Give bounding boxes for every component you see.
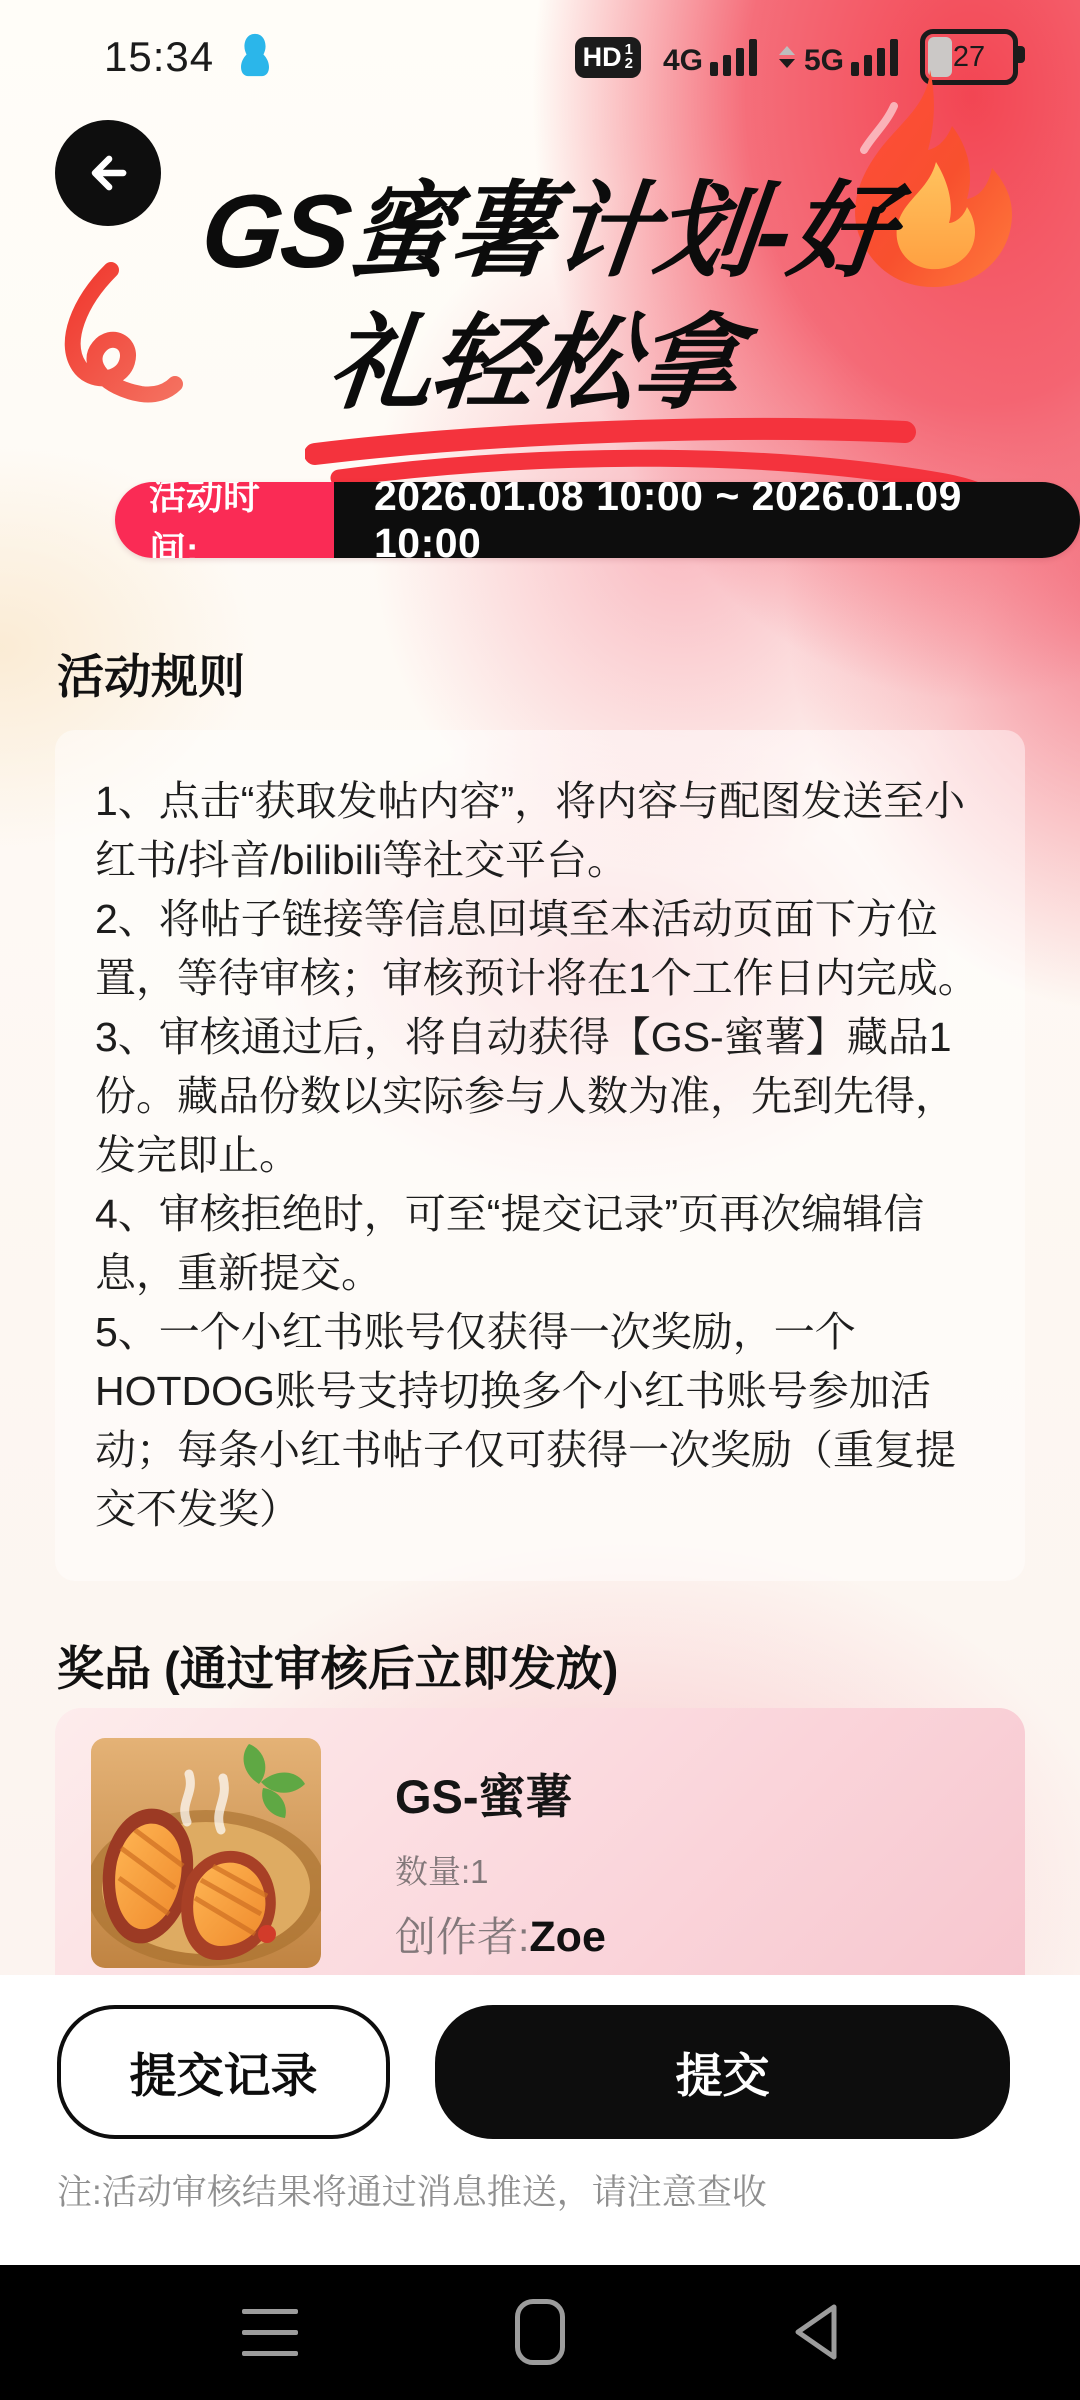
page-title-line2: 礼轻松拿 [0, 298, 1080, 430]
prize-image-sweet-potato [91, 1738, 321, 1968]
rule-item-4: 4、审核拒绝时，可至“提交记录”页再次编辑信息，重新提交。 [95, 1185, 985, 1303]
page-title-line1: GS蜜薯计划-好 [0, 166, 1080, 298]
footer-panel: 提交记录 提交 注:活动审核结果将通过消息推送，请注意查收 [0, 1975, 1080, 2265]
rule-item-1: 1、点击“获取发帖内容”，将内容与配图发送至小红书/抖音/bilibili等社交… [95, 772, 985, 890]
rules-heading: 活动规则 [57, 640, 245, 707]
prize-quantity: 数量:1 [395, 1846, 489, 1893]
hd-voice-icon: HD 12 [575, 37, 641, 78]
prize-name: GS-蜜薯 [395, 1760, 573, 1827]
data-arrows-icon [779, 46, 795, 68]
prize-heading: 奖品 (通过审核后立即发放) [57, 1632, 618, 1699]
clock-time: 15:34 [104, 33, 214, 81]
submission-history-button[interactable]: 提交记录 [57, 2005, 390, 2139]
rule-item-3: 3、审核通过后，将自动获得【GS-蜜薯】藏品1份。藏品份数以实际参与人数为准，先… [95, 1008, 985, 1185]
footer-note: 注:活动审核结果将通过消息推送，请注意查收 [57, 2165, 767, 2215]
prize-creator-label: 创作者: [395, 1914, 529, 1960]
prize-creator-name: Zoe [529, 1913, 605, 1961]
activity-time-range: 2026.01.08 10:00 ~ 2026.01.09 10:00 [334, 482, 1080, 558]
home-icon[interactable] [515, 2299, 565, 2365]
submit-button[interactable]: 提交 [435, 2005, 1010, 2139]
activity-time-label: 活动时间: [115, 482, 334, 558]
page-title: GS蜜薯计划-好 礼轻松拿 [0, 166, 1080, 430]
prize-creator: 创作者:Zoe [395, 1904, 606, 1963]
back-arrow-icon [82, 147, 134, 199]
rule-item-2: 2、将帖子链接等信息回填至本活动页面下方位置，等待审核；审核预计将在1个工作日内… [95, 890, 985, 1008]
rules-box: 1、点击“获取发帖内容”，将内容与配图发送至小红书/抖音/bilibili等社交… [55, 730, 1025, 1581]
signal-4g-icon: 4G [663, 38, 757, 76]
back-button[interactable] [55, 120, 161, 226]
activity-time-pill: 活动时间: 2026.01.08 10:00 ~ 2026.01.09 10:0… [115, 482, 1080, 558]
android-nav-bar [0, 2265, 1080, 2400]
activity-page: 15:34 HD 12 4G 5G 27 [0, 0, 1080, 2400]
qq-notification-icon [236, 32, 274, 83]
nav-back-icon[interactable] [788, 2301, 842, 2368]
recent-apps-menu-icon[interactable] [242, 2309, 298, 2356]
rule-item-5: 5、一个小红书账号仅获得一次奖励，一个HOTDOG账号支持切换多个小红书账号参加… [95, 1303, 985, 1539]
